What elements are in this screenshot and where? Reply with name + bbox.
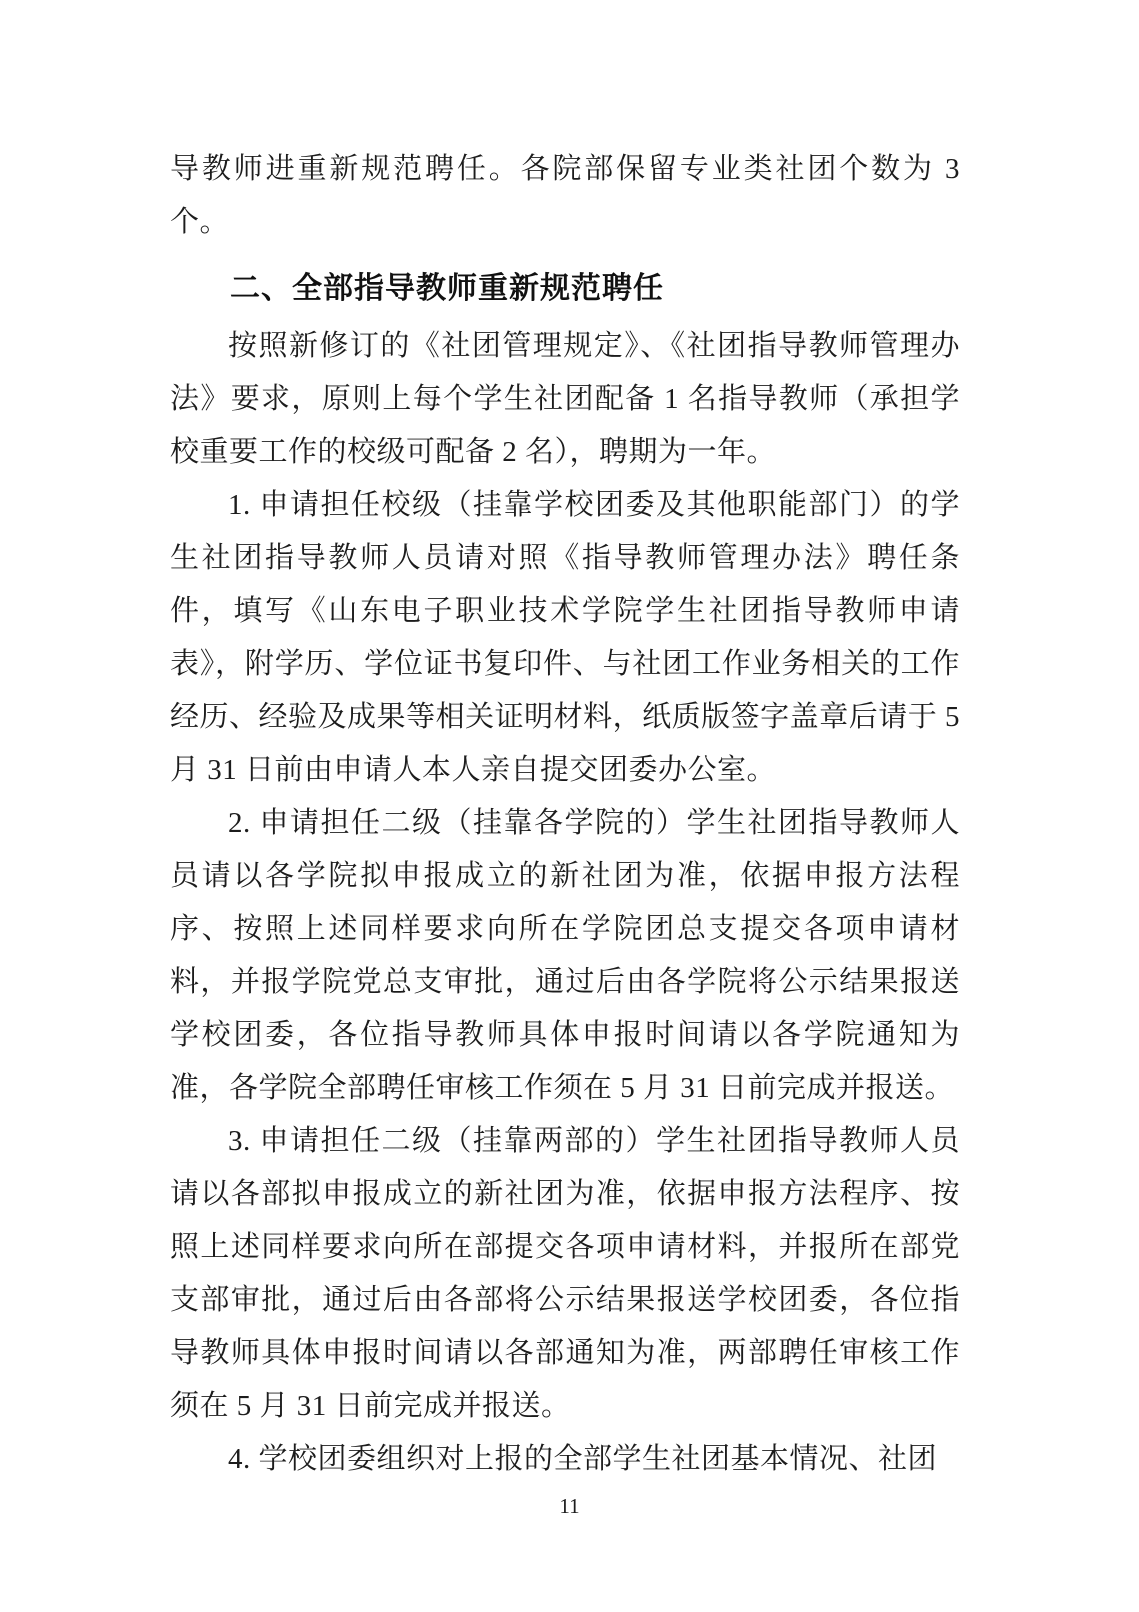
paragraph-intro: 按照新修订的《社团管理规定》、《社团指导教师管理办法》要求，原则上每个学生社团配…: [170, 320, 960, 479]
document-page: 导教师进重新规范聘任。各院部保留专业类社团个数为 3 个。 二、全部指导教师重新…: [0, 0, 1139, 1612]
document-body: 导教师进重新规范聘任。各院部保留专业类社团个数为 3 个。 二、全部指导教师重新…: [170, 143, 960, 1486]
page-number: 11: [0, 1493, 1139, 1519]
paragraph-item-4: 4. 学校团委组织对上报的全部学生社团基本情况、社团: [170, 1433, 960, 1486]
paragraph-item-1: 1. 申请担任校级（挂靠学校团委及其他职能部门）的学生社团指导教师人员请对照《指…: [170, 479, 960, 797]
paragraph-item-2: 2. 申请担任二级（挂靠各学院的）学生社团指导教师人员请以各学院拟申报成立的新社…: [170, 797, 960, 1115]
paragraph-item-3: 3. 申请担任二级（挂靠两部的）学生社团指导教师人员请以各部拟申报成立的新社团为…: [170, 1115, 960, 1433]
paragraph-continuation: 导教师进重新规范聘任。各院部保留专业类社团个数为 3 个。: [170, 143, 960, 249]
section-heading: 二、全部指导教师重新规范聘任: [170, 262, 960, 315]
